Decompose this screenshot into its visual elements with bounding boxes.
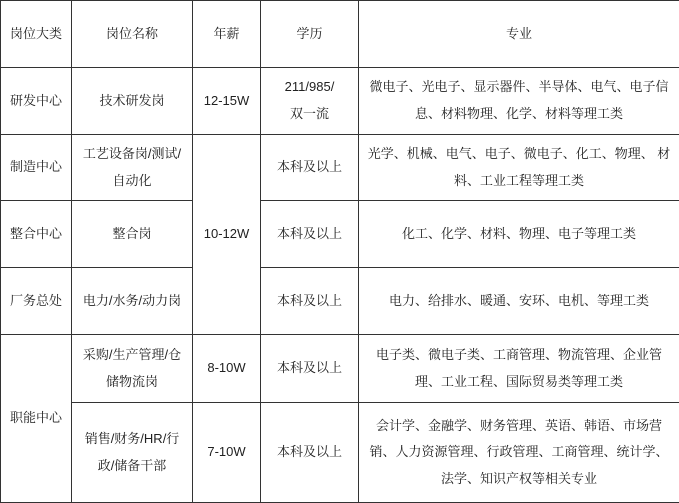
cell-major: 电子类、微电子类、工商管理、物流管理、企业管理、工业工程、国际贸易类等理工类 <box>359 335 679 403</box>
cell-position: 采购/生产管理/仓储物流岗 <box>72 335 193 403</box>
cell-education: 211/985/ 双一流 <box>261 68 359 135</box>
cell-salary: 12-15W <box>193 68 261 135</box>
table-row: 职能中心 采购/生产管理/仓储物流岗 8-10W 本科及以上 电子类、微电子类、… <box>1 335 679 403</box>
header-salary: 年薪 <box>193 1 261 68</box>
cell-category: 厂务总处 <box>1 268 72 335</box>
table-row: 销售/财务/HR/行政/储备干部 7-10W 本科及以上 会计学、金融学、财务管… <box>1 403 679 503</box>
table-row: 研发中心 技术研发岗 12-15W 211/985/ 双一流 微电子、光电子、显… <box>1 68 679 135</box>
cell-major: 光学、机械、电气、电子、微电子、化工、物理、 材料、工业工程等理工类 <box>359 135 679 201</box>
cell-education: 本科及以上 <box>261 135 359 201</box>
table-row: 整合中心 整合岗 本科及以上 化工、化学、材料、物理、电子等理工类 <box>1 201 679 268</box>
cell-education: 本科及以上 <box>261 201 359 268</box>
cell-position: 技术研发岗 <box>72 68 193 135</box>
cell-category-merged: 职能中心 <box>1 335 72 503</box>
cell-category: 制造中心 <box>1 135 72 201</box>
cell-major: 化工、化学、材料、物理、电子等理工类 <box>359 201 679 268</box>
cell-education: 本科及以上 <box>261 335 359 403</box>
cell-category: 整合中心 <box>1 201 72 268</box>
cell-position: 销售/财务/HR/行政/储备干部 <box>72 403 193 503</box>
cell-education: 本科及以上 <box>261 403 359 503</box>
cell-position: 工艺设备岗/测试/自动化 <box>72 135 193 201</box>
cell-position: 整合岗 <box>72 201 193 268</box>
cell-category: 研发中心 <box>1 68 72 135</box>
header-category: 岗位大类 <box>1 1 72 68</box>
cell-major: 电力、给排水、暖通、安环、电机、等理工类 <box>359 268 679 335</box>
header-row: 岗位大类 岗位名称 年薪 学历 专业 <box>1 1 679 68</box>
header-major: 专业 <box>359 1 679 68</box>
table-row: 厂务总处 电力/水务/动力岗 本科及以上 电力、给排水、暖通、安环、电机、等理工… <box>1 268 679 335</box>
cell-major: 会计学、金融学、财务管理、英语、韩语、市场营销、人力资源管理、行政管理、工商管理… <box>359 403 679 503</box>
table-row: 制造中心 工艺设备岗/测试/自动化 10-12W 本科及以上 光学、机械、电气、… <box>1 135 679 201</box>
header-position: 岗位名称 <box>72 1 193 68</box>
cell-salary: 8-10W <box>193 335 261 403</box>
header-education: 学历 <box>261 1 359 68</box>
cell-education: 本科及以上 <box>261 268 359 335</box>
recruitment-table-page: 岗位大类 岗位名称 年薪 学历 专业 研发中心 技术研发岗 12-15W 211… <box>0 0 679 502</box>
cell-major: 微电子、光电子、显示器件、半导体、电气、电子信息、材料物理、化学、材料等理工类 <box>359 68 679 135</box>
cell-position: 电力/水务/动力岗 <box>72 268 193 335</box>
cell-salary: 7-10W <box>193 403 261 503</box>
cell-salary-merged: 10-12W <box>193 135 261 335</box>
recruitment-table: 岗位大类 岗位名称 年薪 学历 专业 研发中心 技术研发岗 12-15W 211… <box>0 0 679 503</box>
